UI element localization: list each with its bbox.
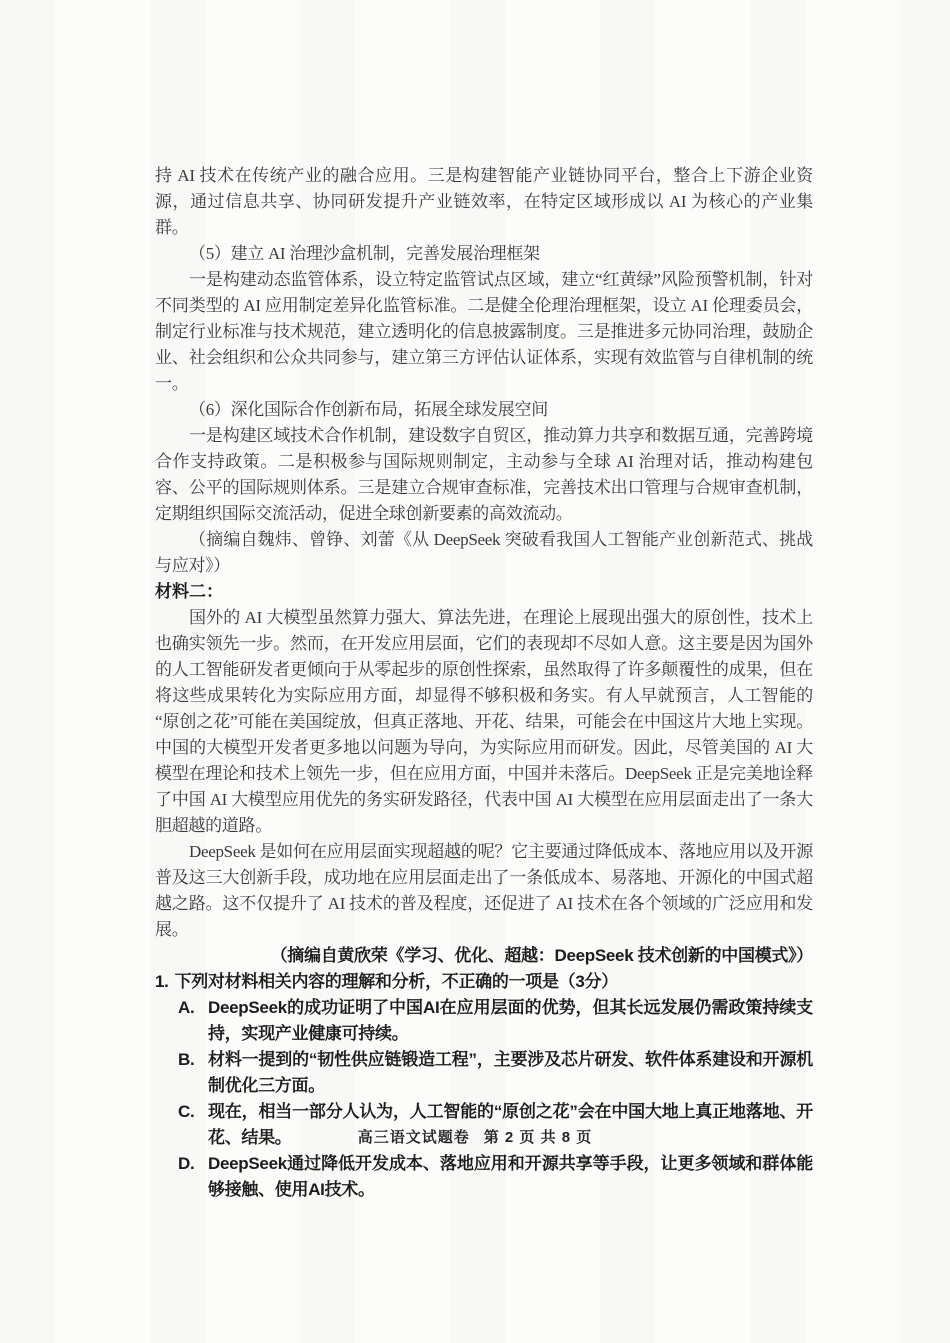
material-two-paragraph-1: 国外的 AI 大模型虽然算力强大、算法先进，在理论上展现出强大的原创性，技术上也… (155, 605, 813, 839)
option-text: 材料一提到的“韧性供应链锻造工程”，主要涉及芯片研发、软件体系建设和开源机制优化… (208, 1047, 813, 1099)
material-two-paragraph-2: DeepSeek 是如何在应用层面实现超越的呢？它主要通过降低成本、落地应用以及… (155, 839, 813, 943)
question-1-option-d: D. DeepSeek通过降低开发成本、落地应用和开源共享等手段，让更多领域和群… (178, 1151, 813, 1203)
question-1-option-b: B. 材料一提到的“韧性供应链锻造工程”，主要涉及芯片研发、软件体系建设和开源机… (178, 1047, 813, 1099)
option-label: A. (178, 995, 208, 1047)
option-label: D. (178, 1151, 208, 1203)
material-two-label: 材料二： (155, 579, 813, 605)
question-1: 1.下列对材料相关内容的理解和分析，不正确的一项是（3分） A. DeepSee… (155, 969, 813, 1203)
material-one-citation: （摘编自魏炜、曾铮、刘蕾《从 DeepSeek 突破看我国人工智能产业创新范式、… (155, 527, 813, 579)
scanned-exam-page: 持 AI 技术在传统产业的融合应用。三是构建智能产业链协同平台，整合上下游企业资… (0, 0, 950, 1343)
question-1-option-a: A. DeepSeek的成功证明了中国AI在应用层面的优势，但其长远发展仍需政策… (178, 995, 813, 1047)
section-6-heading: （6）深化国际合作创新布局，拓展全球发展空间 (155, 397, 813, 423)
question-1-stem-line: 1.下列对材料相关内容的理解和分析，不正确的一项是（3分） (155, 969, 813, 995)
footer-page-number: 第 2 页 共 8 页 (484, 1129, 593, 1146)
footer-paper-title: 高三语文试题卷 (358, 1129, 470, 1146)
option-text: DeepSeek通过降低开发成本、落地应用和开源共享等手段，让更多领域和群体能够… (208, 1151, 813, 1203)
option-label: B. (178, 1047, 208, 1099)
question-1-stem: 下列对材料相关内容的理解和分析，不正确的一项是（3分） (175, 972, 618, 991)
exam-text-block: 持 AI 技术在传统产业的融合应用。三是构建智能产业链协同平台，整合上下游企业资… (155, 163, 813, 1203)
section-5-paragraph: 一是构建动态监管体系，设立特定监管试点区域，建立“红黄绿”风险预警机制，针对不同… (155, 267, 813, 397)
section-6-paragraph: 一是构建区域技术合作机制，建设数字自贸区，推动算力共享和数据互通，完善跨境合作支… (155, 423, 813, 527)
question-1-number: 1. (155, 972, 169, 991)
page-footer: 高三语文试题卷第 2 页 共 8 页 (0, 1126, 950, 1147)
section-5-heading: （5）建立 AI 治理沙盒机制，完善发展治理框架 (155, 241, 813, 267)
material-one-continuation-paragraph: 持 AI 技术在传统产业的融合应用。三是构建智能产业链协同平台，整合上下游企业资… (155, 163, 813, 241)
material-two-citation: （摘编自黄欣荣《学习、优化、超越：DeepSeek 技术创新的中国模式》） (155, 943, 813, 969)
option-text: DeepSeek的成功证明了中国AI在应用层面的优势，但其长远发展仍需政策持续支… (208, 995, 813, 1047)
